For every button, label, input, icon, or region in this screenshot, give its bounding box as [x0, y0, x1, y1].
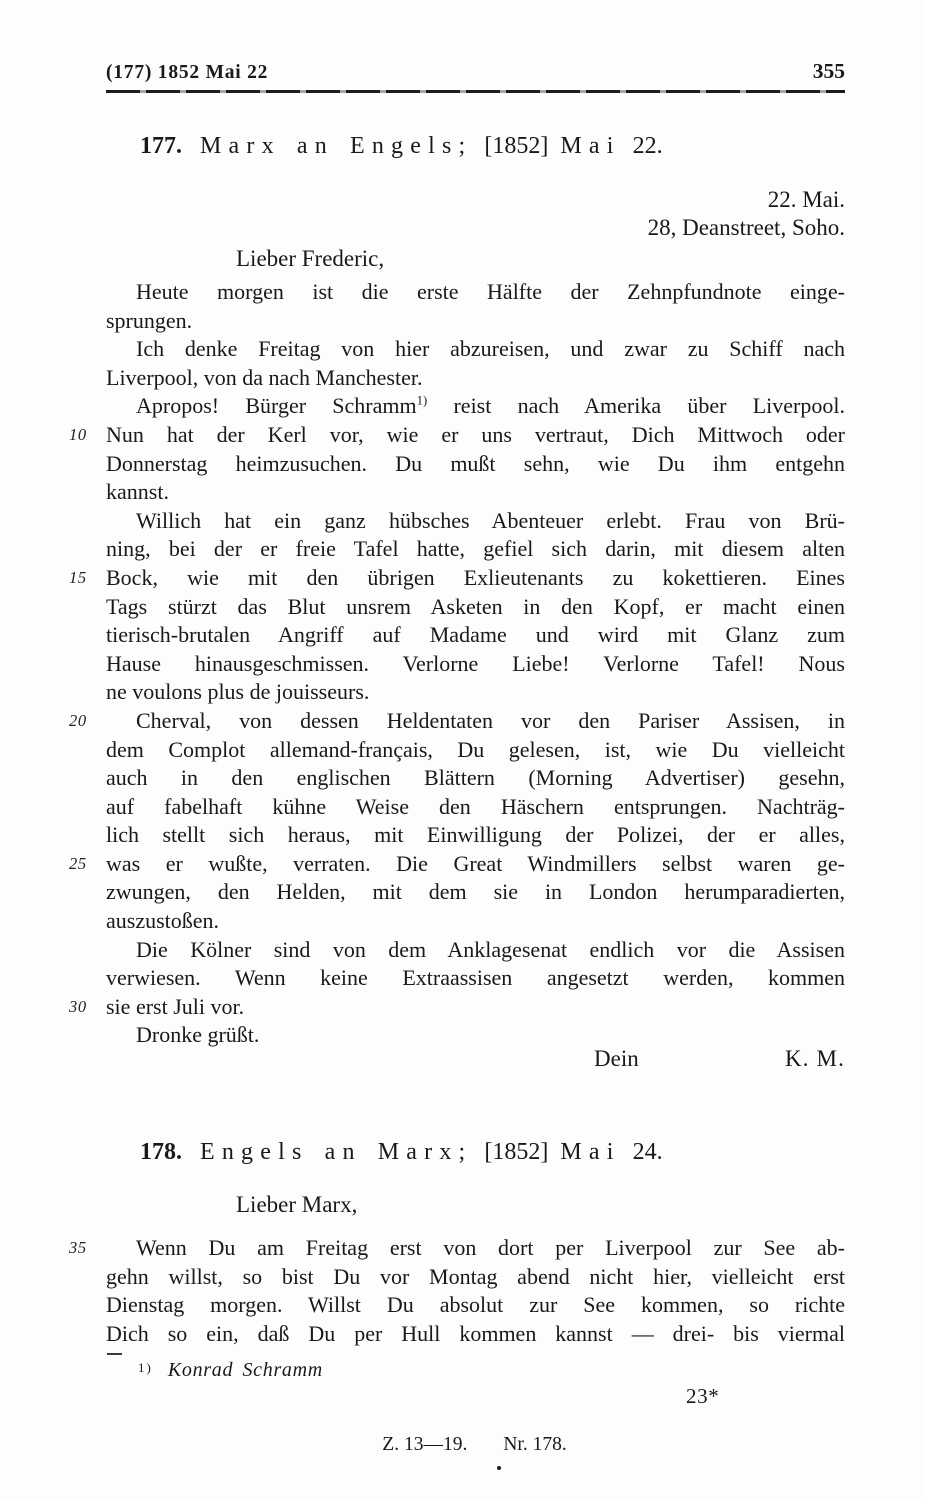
letter-number: 178.: [140, 1139, 182, 1165]
text-line: 15Bock, wie mit den übrigen Exlieutenant…: [106, 564, 845, 593]
footer-number-ref: Nr. 178.: [503, 1434, 566, 1456]
margin-line-number: 25: [69, 853, 101, 875]
text-line: Dienstag morgen. Willst Du absolut zur S…: [106, 1291, 845, 1320]
running-head: (177) 1852 Mai 22 355: [106, 59, 845, 84]
letter-parties: Marx an Engels;: [200, 133, 472, 159]
salutation-177: Lieber Frederic,: [106, 246, 845, 272]
letter-year: [1852]: [484, 1139, 548, 1165]
letter-month: Mai: [560, 133, 620, 159]
letter-year: [1852]: [484, 133, 548, 159]
letter-177-heading: 177. Marx an Engels; [1852] Mai 22.: [106, 133, 845, 160]
text-line: Apropos! Bürger Schramm1) reist nach Ame…: [106, 392, 845, 421]
text-line: gehn willst, so bist Du vor Montag abend…: [106, 1263, 845, 1292]
text-line: Ich denke Freitag von hier abzureisen, u…: [106, 335, 845, 364]
running-head-title: (177) 1852 Mai 22: [106, 62, 268, 84]
letter-day: 24.: [633, 1139, 663, 1165]
letter-177-body: Heute morgen ist die erste Hälfte der Ze…: [106, 278, 845, 1050]
text-line: 25was er wußte, verraten. Die Great Wind…: [106, 850, 845, 879]
text-line: 20Cherval, von dessen Heldentaten vor de…: [106, 707, 845, 736]
letter-178-heading: 178. Engels an Marx; [1852] Mai 24.: [106, 1139, 845, 1166]
footnote-reference: 1): [417, 394, 428, 408]
text-line: dem Complot allemand-français, Du gelese…: [106, 736, 845, 765]
letter-day: 22.: [633, 133, 663, 159]
letter-number: 177.: [140, 133, 182, 159]
dateline-date: 22. Mai.: [106, 187, 917, 213]
footnote: 1) Konrad Schramm: [138, 1359, 323, 1382]
apparatus-footer: Z. 13—19. Nr. 178.: [12, 1434, 925, 1456]
text-line: Heute morgen ist die erste Hälfte der Ze…: [106, 278, 845, 307]
text-line: 35Wenn Du am Freitag erst von dort per L…: [106, 1234, 845, 1263]
text-line: 10Nun hat der Kerl vor, wie er uns vertr…: [106, 421, 845, 450]
margin-line-number: 20: [69, 710, 101, 732]
text-line: verwiesen. Wenn keine Extraassisen anges…: [106, 964, 845, 993]
text-line: Dich so ein, daß Du per Hull kommen kann…: [106, 1320, 845, 1349]
margin-line-number: 15: [69, 567, 101, 589]
book-page: (177) 1852 Mai 22 355 177. Marx an Engel…: [0, 0, 925, 1500]
text-line: Donnerstag heimzusuchen. Du mußt sehn, w…: [106, 450, 845, 479]
text-line: ning, bei der er freie Tafel hatte, gefi…: [106, 535, 845, 564]
text-line: zwungen, den Helden, mit dem sie in Lond…: [106, 878, 845, 907]
text-line: auszustoßen.: [106, 907, 845, 936]
text-line: lich stellt sich heraus, mit Einwilligun…: [106, 821, 845, 850]
text-line: tierisch-brutalen Angriff auf Madame und…: [106, 621, 845, 650]
text-line: ne voulons plus de jouisseurs.: [106, 678, 845, 707]
margin-line-number: 35: [69, 1237, 101, 1259]
printer-signature: 23*: [686, 1384, 719, 1409]
footnote-separator: [107, 1353, 122, 1355]
margin-line-number: 10: [69, 424, 101, 446]
closing-dein: Dein: [594, 1046, 639, 1072]
letter-month: Mai: [560, 1139, 620, 1165]
dateline-address: 28, Deanstreet, Soho.: [106, 215, 845, 241]
ink-speck: [497, 1466, 501, 1470]
text-line: auch in den englischen Blättern (Morning…: [106, 764, 845, 793]
letter-177-closing: Dein K. M.: [106, 1046, 845, 1072]
text-line: Tags stürzt das Blut unsrem Asketen in d…: [106, 593, 845, 622]
header-rule: [106, 90, 845, 93]
text-line: Die Kölner sind von dem Anklagesenat end…: [106, 936, 845, 965]
closing-signature: K. M.: [785, 1046, 845, 1072]
text-line: Willich hat ein ganz hübsches Abenteuer …: [106, 507, 845, 536]
footnote-text: Konrad Schramm: [168, 1359, 323, 1381]
text-line: kannst.: [106, 478, 845, 507]
text-line: 30sie erst Juli vor.: [106, 993, 845, 1022]
text-line: Hause hinausgeschmissen. Verlorne Liebe!…: [106, 650, 845, 679]
footer-lines-ref: Z. 13—19.: [382, 1434, 467, 1456]
text-line: auf fabelhaft kühne Weise den Häschern e…: [106, 793, 845, 822]
salutation-178: Lieber Marx,: [106, 1192, 845, 1218]
letter-178-body: 35Wenn Du am Freitag erst von dort per L…: [106, 1234, 845, 1348]
text-line: Liverpool, von da nach Manchester.: [106, 364, 845, 393]
footnote-mark: 1): [138, 1360, 153, 1375]
text-line: sprungen.: [106, 307, 845, 336]
margin-line-number: 30: [69, 996, 101, 1018]
page-number: 355: [813, 59, 845, 84]
letter-parties: Engels an Marx;: [200, 1139, 472, 1165]
